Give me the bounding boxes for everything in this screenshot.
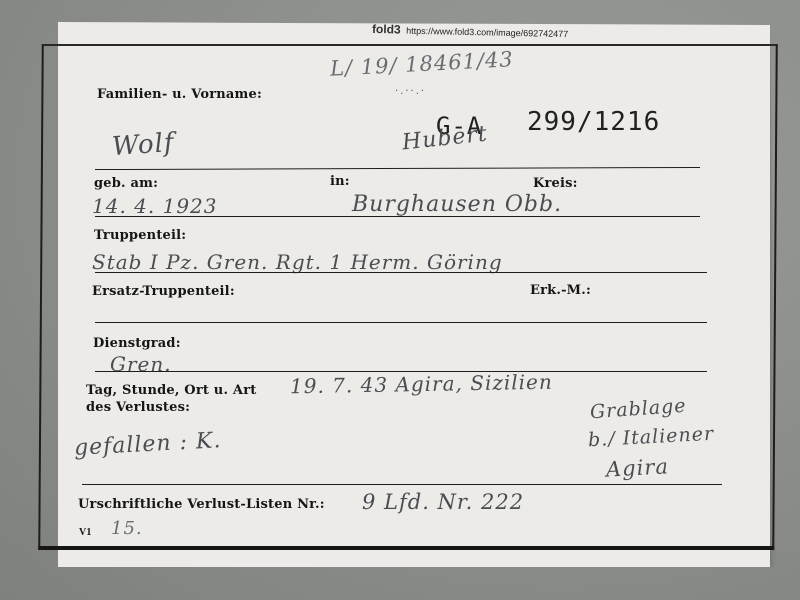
name-label: Familien- u. Vorname: — [97, 87, 262, 102]
source-url[interactable]: https://www.fold3.com/image/692742477 — [406, 26, 568, 39]
loss-date-place-value: 19. 7. 43 Agira, Sizilien — [290, 370, 553, 399]
erk-m-label: Erk.-M.: — [530, 283, 591, 298]
rank-label: Dienstgrad: — [93, 336, 181, 351]
footer-code-label: V1 — [79, 527, 92, 538]
loss-list-label: Urschriftliche Verlust-Listen Nr.: — [78, 497, 325, 512]
ink-specks: ·.··.· — [395, 86, 426, 97]
stamp-number: 299/1216 — [527, 107, 660, 137]
replacement-unit-rule — [95, 322, 707, 323]
fold3-logo: fold3 — [372, 22, 401, 37]
loss-label-line1: Tag, Stunde, Ort u. Art — [86, 383, 256, 398]
birth-place-label: in: — [330, 174, 350, 189]
district-label: Kreis: — [533, 176, 578, 191]
rank-value: Gren. — [110, 352, 172, 376]
unit-rule — [95, 272, 707, 273]
unit-value: Stab I Pz. Gren. Rgt. 1 Herm. Göring — [92, 250, 503, 274]
replacement-unit-label: Ersatz-Truppenteil: — [92, 284, 235, 299]
loss-rule — [82, 484, 722, 485]
birth-place-value: Burghausen Obb. — [352, 192, 562, 217]
birth-date-label: geb. am: — [94, 176, 158, 191]
loss-list-value: 9 Lfd. Nr. 222 — [362, 490, 524, 514]
loss-label-line2: des Verlustes: — [86, 400, 190, 415]
grave-note-line3: Agira — [605, 454, 669, 481]
footer-code-value: 15. — [111, 518, 143, 539]
birth-rule — [95, 216, 700, 217]
surname-value: Wolf — [111, 128, 176, 162]
birth-date-value: 14. 4. 1923 — [92, 194, 218, 218]
unit-label: Truppenteil: — [94, 228, 186, 243]
